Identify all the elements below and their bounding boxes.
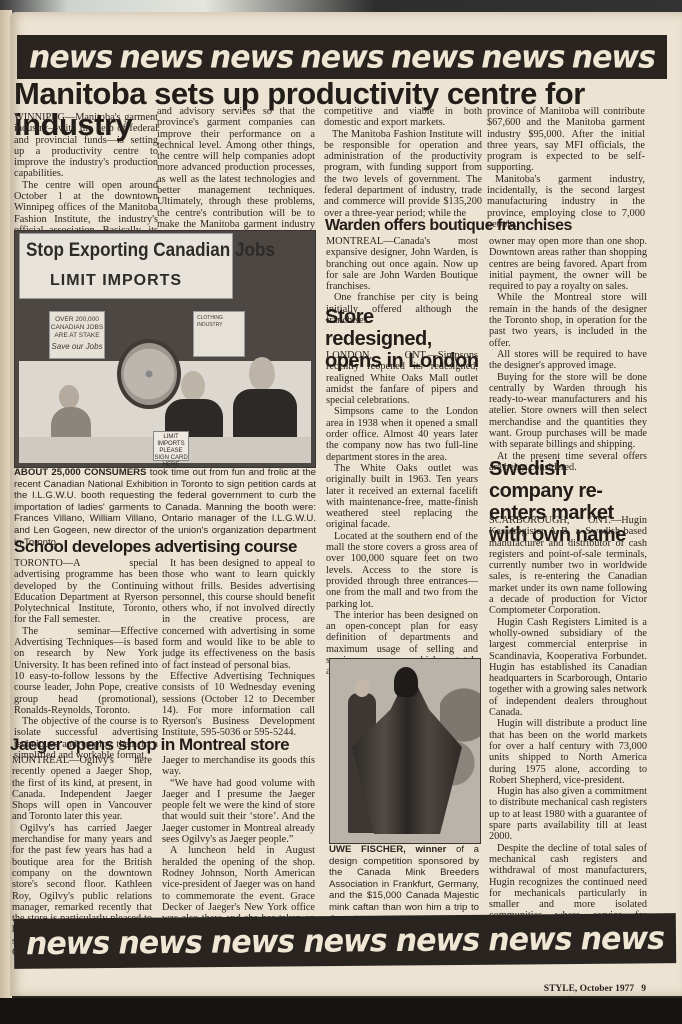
sign-text: LIMIT IMPORTS [50,272,182,290]
hugin-column: SCARBOROUGH, ONT.—Hugin Kassaregister A … [489,515,647,944]
paragraph: Simpsons came to the London area in 1938… [326,406,478,462]
manitoba-column-3: competitive and viable in both domestic … [324,106,482,219]
paragraph: All stores will be required to have the … [489,349,647,372]
banner-word: news [396,921,480,958]
page-number: 9 [641,984,646,994]
headline-warden: Warden offers boutique franchises [325,218,572,234]
photo-background-bottom [0,998,682,1024]
banner-word: news [488,921,572,958]
school-column-1: TORONTO—A special advertising programme … [14,558,158,761]
paragraph: “We have had good volume with Jaeger and… [162,778,315,846]
page-footer: STYLE, October 1977 9 [544,984,646,994]
jobs-at-stake-card: OVER 200,000 CANADIAN JOBS ARE AT STAKE … [49,311,105,359]
banner-word: news [211,923,295,960]
simpsons-column: LONDON, ONT.—Simpsons recently reopened … [326,350,478,678]
card-text: OVER 200,000 CANADIAN JOBS ARE AT STAKE [50,316,104,340]
banner-word: news [391,39,474,76]
paragraph: Jaeger to merchandise its goods this way… [162,755,315,778]
model-head [394,667,418,697]
banner-word: news [118,924,202,961]
fischer-photo-caption: UWE FISCHER, winner of a design competit… [329,844,479,925]
caption-lead: ABOUT 25,000 CONSUMERS [14,467,146,478]
paragraph: Effective Advertising Techniques consist… [162,671,315,739]
photo-mink-caftan [329,658,481,844]
prize-wheel [117,339,181,409]
person-man1-head [181,371,205,401]
paragraph: The Manitoba Fashion Institute will be r… [324,129,482,219]
caption-text: took time out from fun and frolic at the… [14,467,316,548]
paragraph: and advisory services so that the provin… [157,106,315,242]
news-banner-bottom: news news news news news news news [14,913,676,969]
paragraph: Hugin Cash Registers Limited is a wholly… [489,617,647,719]
sign-text: Stop Exporting Canadian Jobs [26,240,275,262]
paragraph: SCARBOROUGH, ONT.—Hugin Kassaregister A … [489,515,647,617]
paragraph: LONDON, ONT.—Simpsons recently reopened … [326,350,478,406]
person-head [354,679,370,697]
headline-school: School developes advertising course [14,538,297,555]
banner-word: news [210,39,293,76]
banner-word: news [572,39,655,76]
paragraph: Located at the southern end of the mall … [326,531,478,610]
school-column-2: It has been designed to appeal to those … [162,558,315,739]
paragraph: Hugin will distribute a product line tha… [489,718,647,786]
paragraph: owner may open more than one shop. Downt… [489,236,647,292]
photo-ilgwu-booth: Stop Exporting Canadian Jobs LIMIT IMPOR… [14,230,316,468]
paragraph: It has been designed to appeal to those … [162,558,315,671]
jaeger-column-2: Jaeger to merchandise its goods this way… [162,755,315,936]
headline-jaeger: Jaeger opens shop in Montreal store [10,736,289,753]
manitoba-column-2: and advisory services so that the provin… [157,106,315,242]
stop-exporting-sign: Stop Exporting Canadian Jobs LIMIT IMPOR… [19,233,233,299]
desk-card: LIMIT IMPORTS PLEASE SIGN CARD HERE [153,431,189,461]
person-woman-head [59,385,79,409]
paragraph: WINNIPEG—Manitoba's garment industry—wit… [14,112,158,180]
paragraph: province of Manitoba will contribute $67… [487,106,645,174]
warden-column-2: owner may open more than one shop. Downt… [489,236,647,473]
paragraph: MONTREAL—Ogilvy's here recently opened a… [12,755,152,823]
banner-word: news [26,925,110,962]
person-man2-head [249,357,275,391]
paragraph: Buying for the store will be done centra… [489,372,647,451]
banner-word: news [581,920,665,957]
banner-word: news [119,39,202,76]
banner-word: news [481,39,564,76]
caption-text: of a design competition sponsored by the… [329,844,479,925]
card-text: CLOTHING INDUSTRY [197,315,241,329]
paragraph: The White Oaks outlet was originally bui… [326,463,478,531]
card-script: Save our Jobs [50,343,104,351]
paragraph: While the Montreal store will remain in … [489,292,647,348]
clothing-industry-card: CLOTHING INDUSTRY [193,311,245,357]
caption-lead: UWE FISCHER, winner [329,844,446,855]
paragraph: MONTREAL—Canada's most expansive designe… [326,236,478,292]
booth-photo-caption: ABOUT 25,000 CONSUMERS took time out fro… [14,467,316,548]
banner-word: news [29,39,112,76]
banner-word: news [300,39,383,76]
paragraph: Hugin has also given a commitment to dis… [489,786,647,842]
paragraph: The seminar—Effective Advertising Techni… [14,626,158,716]
paragraph: TORONTO—A special advertising programme … [14,558,158,626]
banner-word: news [303,922,387,959]
news-banner-top: news news news news news news news [17,35,667,79]
paragraph: competitive and viable in both domestic … [324,106,482,129]
manitoba-column-4: province of Manitoba will contribute $67… [487,106,645,230]
publication-date: STYLE, October 1977 [544,984,634,994]
